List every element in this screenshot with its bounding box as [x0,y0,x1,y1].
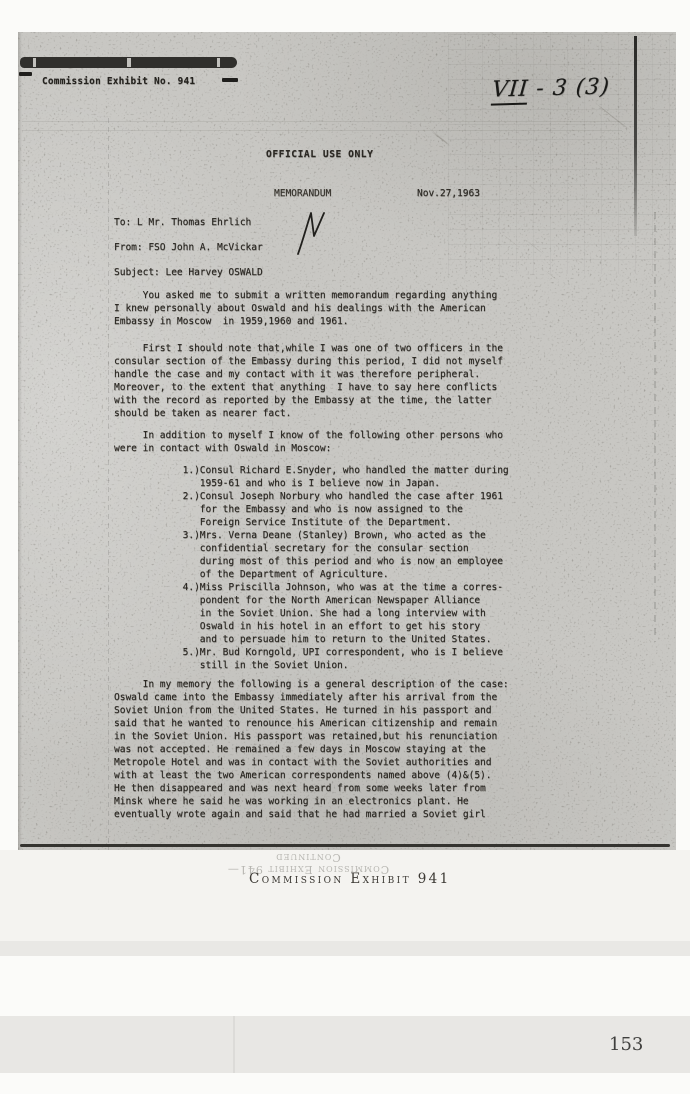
exhibit-stamp: Commission Exhibit No. 941 [42,76,195,88]
memo-line: handle the case and my contact with it w… [114,368,503,381]
scan-band-line [233,1016,235,1073]
handwritten-ref-rest: - 3 (3) [527,74,611,101]
memo-line: Embassy in Moscow in 1959,1960 and 1961. [114,315,497,328]
crease-line [22,130,622,131]
memo-line: in the Soviet Union. She had a long inte… [114,607,509,620]
paragraph-caveat: First I should note that,while I was one… [114,342,503,420]
paragraph-request: You asked me to submit a written memoran… [114,289,497,328]
page-bottom-edge [20,844,670,847]
memo-line: in the Soviet Union. His passport was re… [114,730,509,743]
numbered-contact-list: 1.)Consul Richard E.Snyder, who handled … [114,464,509,672]
to-line: To: L Mr. Thomas Ehrlich [114,216,251,229]
memo-line: during most of this period and who is no… [114,555,509,568]
registration-dash [222,78,238,82]
memo-line: of the Department of Agriculture. [114,568,509,581]
scanned-document: Commission Exhibit No. 941 VII - 3 (3) O… [0,0,690,1094]
memo-line: First I should note that,while I was one… [114,342,503,355]
page-crease-right-tail [654,212,656,642]
signature-initials [296,210,330,256]
memo-line: with at least the two American correspon… [114,769,509,782]
memo-line: Foreign Service Institute of the Departm… [114,516,509,529]
memo-line: In my memory the following is a general … [114,678,509,691]
memo-line: still in the Soviet Union. [114,659,509,672]
memo-line: 3.)Mrs. Verna Deane (Stanley) Brown, who… [114,529,509,542]
handwritten-reference: VII - 3 (3) [491,74,611,103]
fold-line [108,118,109,860]
memo-line: 5.)Mr. Bud Korngold, UPI correspondent, … [114,646,509,659]
memo-line: Oswald came into the Embassy immediately… [114,691,509,704]
registration-dash [19,72,32,76]
memo-line: and to persuade him to return to the Uni… [114,633,509,646]
memo-line: confidential secretary for the consular … [114,542,509,555]
document-page: Commission Exhibit No. 941 VII - 3 (3) O… [18,32,676,850]
page-crease-right [634,36,637,236]
memo-line: 1959-61 and who is I believe now in Japa… [114,477,509,490]
handwritten-roman-numeral: VII [491,77,529,106]
paragraph-case-description: In my memory the following is a general … [114,678,509,821]
page-left-edge [18,32,22,850]
page-number: 153 [609,1035,643,1055]
memo-line: Moreover, to the extent that anything I … [114,381,503,394]
memo-line: 4.)Miss Priscilla Johnson, who was at th… [114,581,509,594]
exhibit-caption: Commission Exhibit 941 [249,871,451,887]
subject-line: Subject: Lee Harvey OSWALD [114,266,263,279]
memo-line: Oswald in his hotel in an effort to get … [114,620,509,633]
memo-line: with the record as reported by the Embas… [114,394,503,407]
memo-line: Minsk where he said he was working in an… [114,795,509,808]
memo-line: pondent for the North American Newspaper… [114,594,509,607]
memo-line: for the Embassy and who is now assigned … [114,503,509,516]
ink-bar-gap [217,58,220,67]
top-ink-bar [20,57,237,68]
memo-line: Metropole Hotel and was in contact with … [114,756,509,769]
memo-line: In addition to myself I know of the foll… [114,429,503,442]
ink-bar-gap [33,58,36,67]
ink-bar-gap [127,58,131,67]
classification-line: OFFICIAL USE ONLY [266,148,373,161]
memo-line: was not accepted. He remained a few days… [114,743,509,756]
memo-line: 2.)Consul Joseph Norbury who handled the… [114,490,509,503]
memo-line: said that he wanted to renounce his Amer… [114,717,509,730]
memo-line: I knew personally about Oswald and his d… [114,302,497,315]
memo-line: eventually wrote again and said that he … [114,808,509,821]
lower-margin [0,956,690,1016]
crease-line [22,121,632,122]
memo-line: Soviet Union from the United States. He … [114,704,509,717]
memo-line: You asked me to submit a written memoran… [114,289,497,302]
memo-line: 1.)Consul Richard E.Snyder, who handled … [114,464,509,477]
from-line: From: FSO John A. McVickar [114,241,263,254]
memo-line: He then disappeared and was next heard f… [114,782,509,795]
memo-line: consular section of the Embassy during t… [114,355,503,368]
scan-band [0,1016,690,1073]
paragraph-contacts-intro: In addition to myself I know of the foll… [114,429,503,455]
memorandum-label: MEMORANDUM [274,187,331,200]
memo-date: Nov.27,1963 [417,187,480,200]
memo-line: should be taken as nearer fact. [114,407,503,420]
scan-band [0,941,690,956]
scan-grid-artifact [448,34,676,274]
memo-line: were in contact with Oswald in Moscow: [114,442,503,455]
